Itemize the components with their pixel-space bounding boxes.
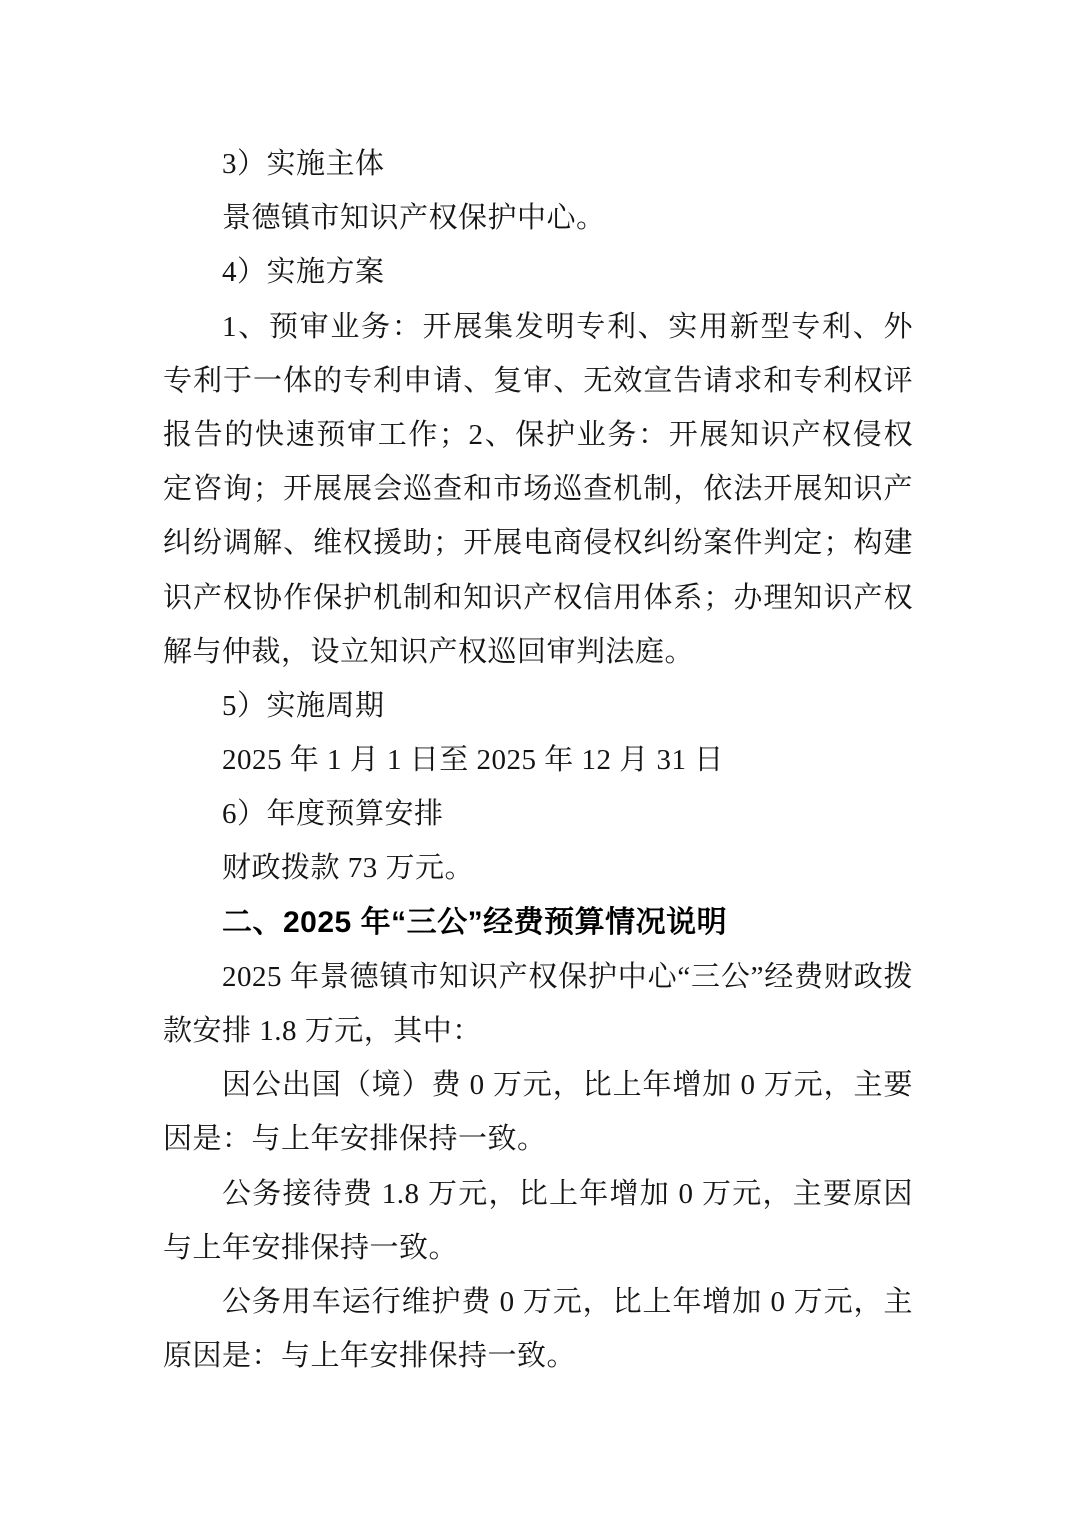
document-content: 3）实施主体景德镇市知识产权保护中心。4）实施方案1、预审业务：开展集发明专利、… — [163, 137, 913, 1383]
document-line: 1、预审业务：开展集发明专利、实用新型专利、外观 — [163, 300, 913, 354]
document-line: 识产权协作保护机制和知识产权信用体系；办理知识产权调 — [163, 571, 913, 625]
document-line: 公务接待费 1.8 万元，比上年增加 0 万元，主要原因是： — [163, 1167, 913, 1221]
document-line: 专利于一体的专利申请、复审、无效宣告请求和专利权评价 — [163, 354, 913, 408]
document-line: 2025 年 1 月 1 日至 2025 年 12 月 31 日 — [163, 733, 913, 787]
document-line: 与上年安排保持一致。 — [163, 1221, 913, 1275]
document-line: 定咨询；开展展会巡查和市场巡查机制，依法开展知识产权 — [163, 462, 913, 516]
document-line: 4）实施方案 — [163, 245, 913, 299]
document-line: 财政拨款 73 万元。 — [163, 841, 913, 895]
document-line: 纠纷调解、维权援助；开展电商侵权纠纷案件判定；构建知 — [163, 516, 913, 570]
document-line: 5）实施周期 — [163, 679, 913, 733]
document-line: 解与仲裁，设立知识产权巡回审判法庭。 — [163, 625, 913, 679]
document-line: 报告的快速预审工作；2、保护业务：开展知识产权侵权判 — [163, 408, 913, 462]
document-line: 6）年度预算安排 — [163, 787, 913, 841]
document-line: 2025 年景德镇市知识产权保护中心“三公”经费财政拨 — [163, 950, 913, 1004]
document-line: 景德镇市知识产权保护中心。 — [163, 191, 913, 245]
document-line: 因是：与上年安排保持一致。 — [163, 1112, 913, 1166]
document-line: 二、2025 年“三公”经费预算情况说明 — [163, 896, 913, 950]
document-line: 因公出国（境）费 0 万元，比上年增加 0 万元，主要原 — [163, 1058, 913, 1112]
document-line: 3）实施主体 — [163, 137, 913, 191]
document-line: 公务用车运行维护费 0 万元，比上年增加 0 万元，主要 — [163, 1275, 913, 1329]
document-line: 款安排 1.8 万元，其中： — [163, 1004, 913, 1058]
document-line: 原因是：与上年安排保持一致。 — [163, 1329, 913, 1383]
document-page: 3）实施主体景德镇市知识产权保护中心。4）实施方案1、预审业务：开展集发明专利、… — [0, 0, 1074, 1520]
